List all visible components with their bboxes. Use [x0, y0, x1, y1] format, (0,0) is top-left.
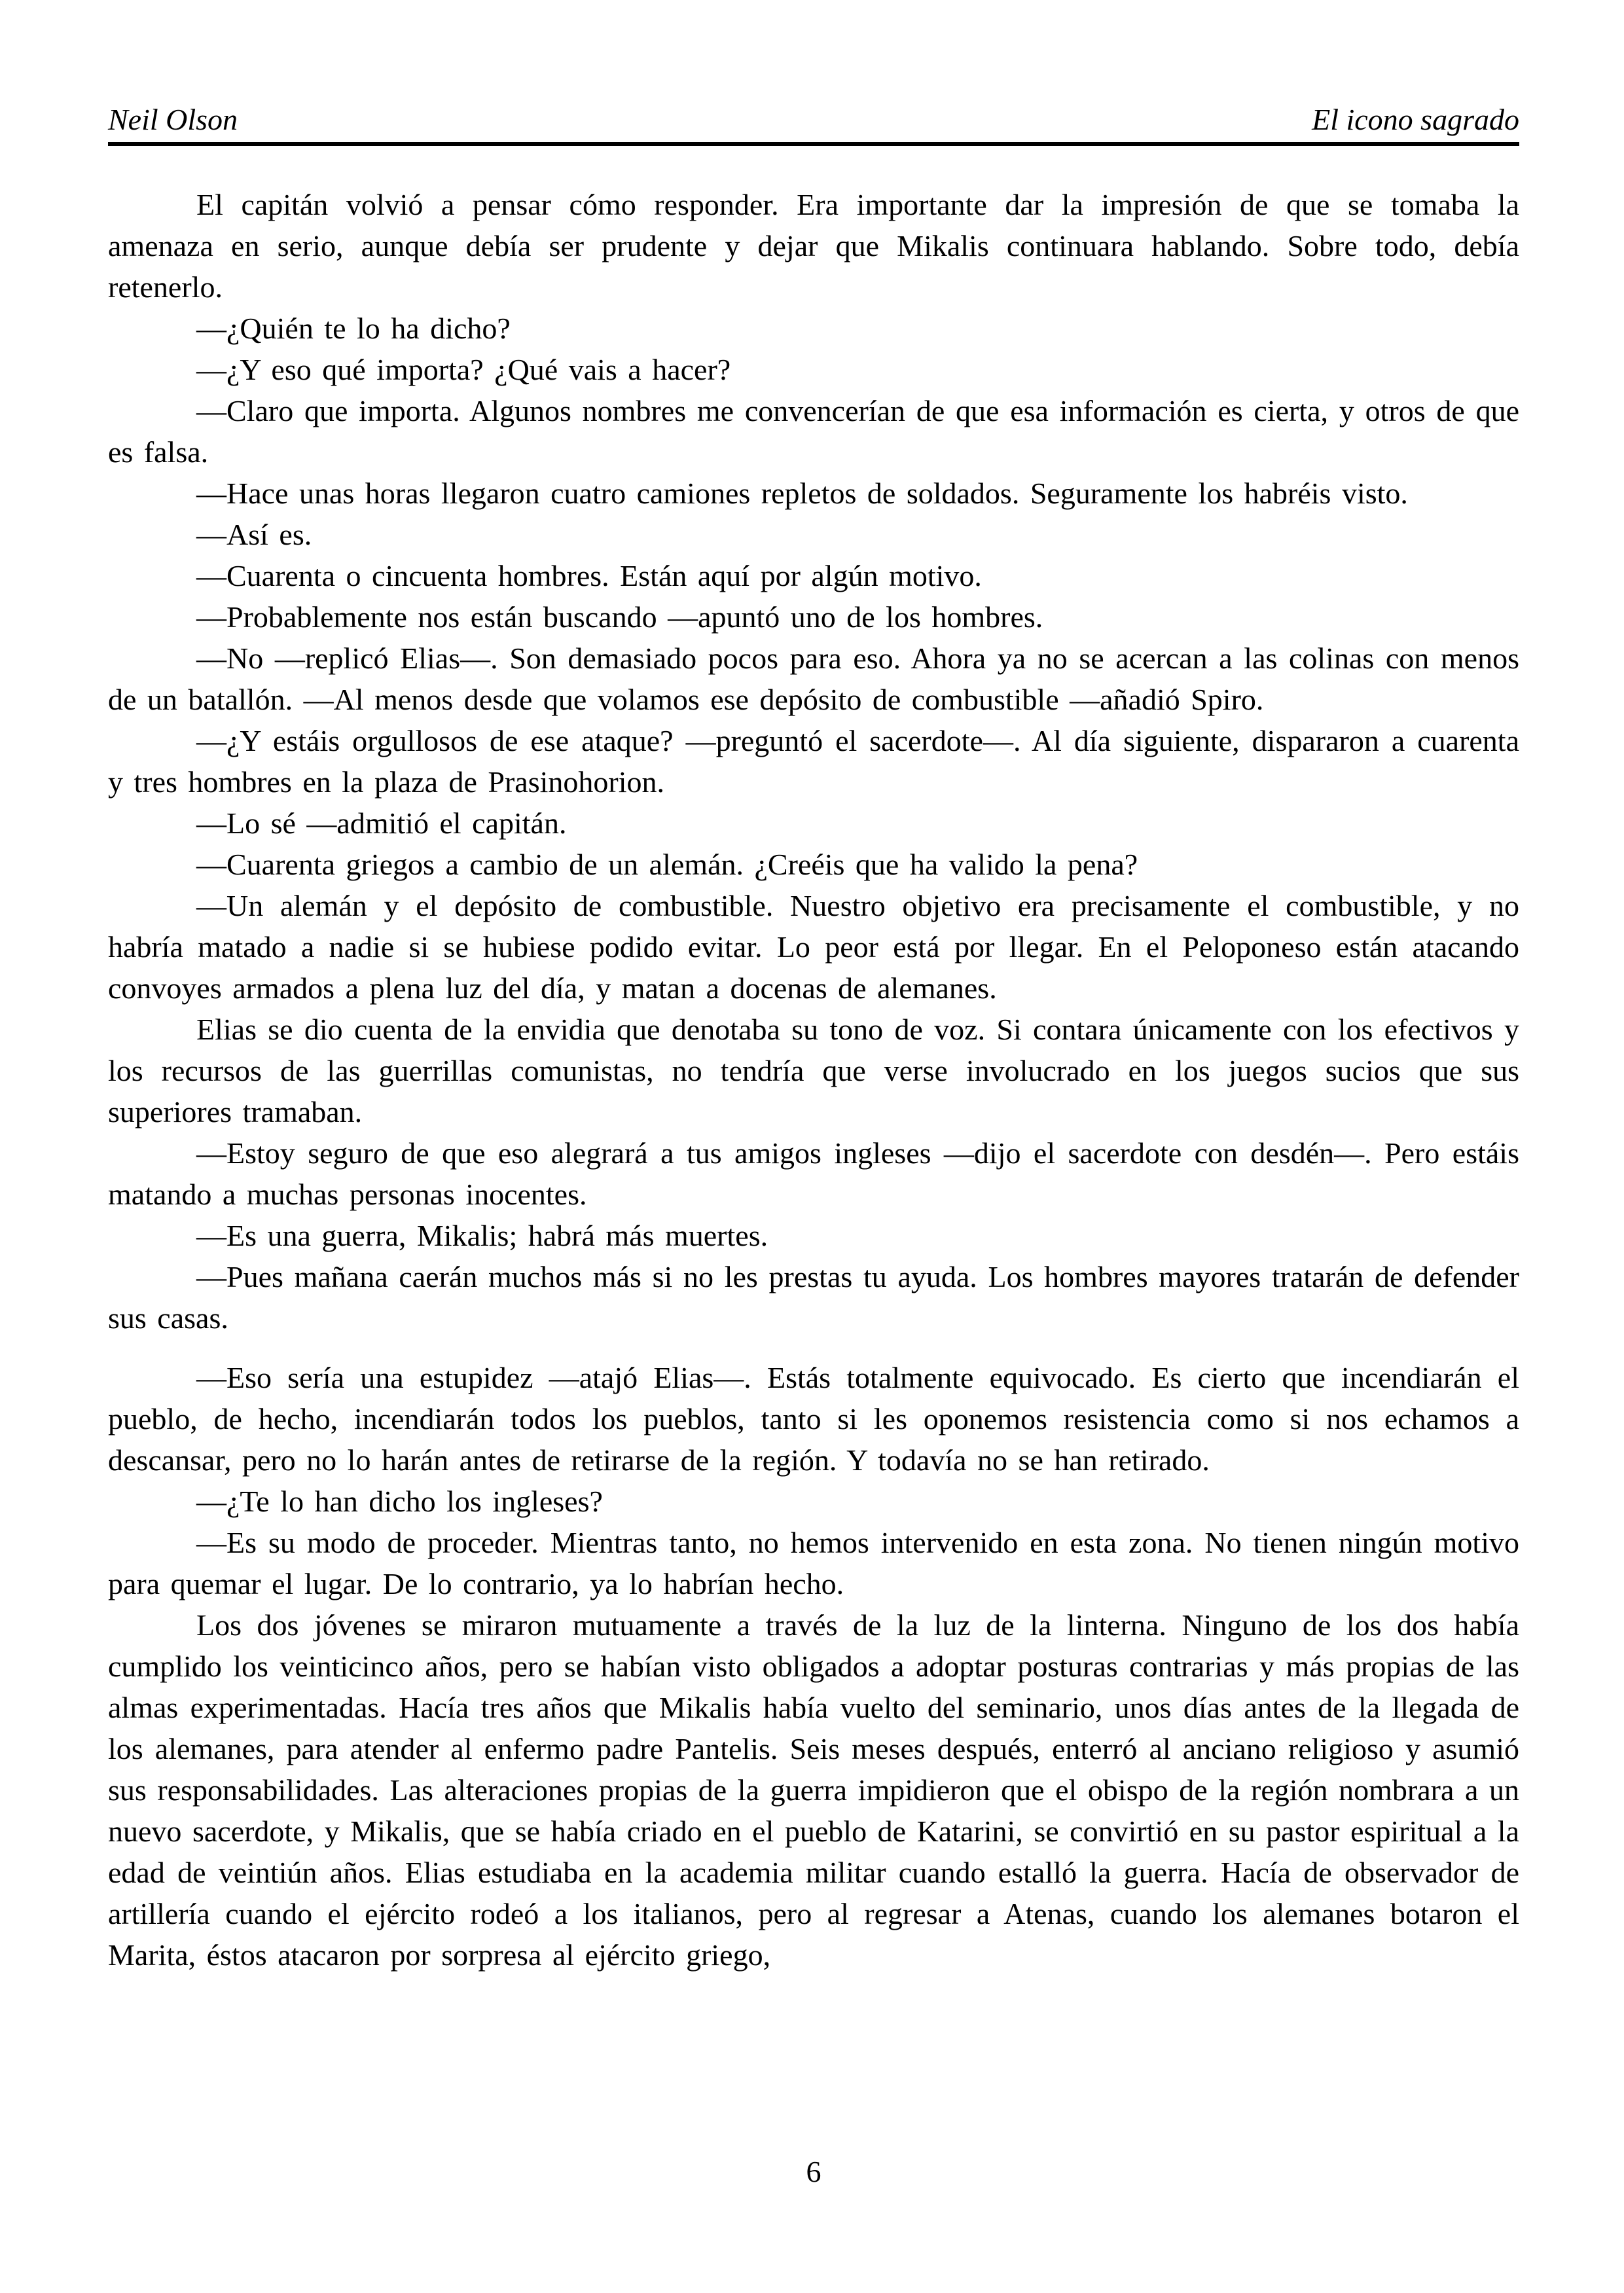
- paragraph: —Pues mañana caerán muchos más si no les…: [108, 1256, 1519, 1339]
- paragraph: Elias se dio cuenta de la envidia que de…: [108, 1009, 1519, 1132]
- paragraph: —Probablemente nos están buscando —apunt…: [108, 596, 1519, 638]
- body-text: El capitán volvió a pensar cómo responde…: [108, 184, 1519, 1976]
- paragraph: —¿Te lo han dicho los ingleses?: [108, 1481, 1519, 1522]
- paragraph: —Lo sé —admitió el capitán.: [108, 803, 1519, 844]
- paragraph: —Hace unas horas llegaron cuatro camione…: [108, 473, 1519, 514]
- paragraph: —Cuarenta o cincuenta hombres. Están aqu…: [108, 555, 1519, 596]
- paragraph: —Es su modo de proceder. Mientras tanto,…: [108, 1522, 1519, 1604]
- paragraph: —¿Quién te lo ha dicho?: [108, 308, 1519, 349]
- paragraph: El capitán volvió a pensar cómo responde…: [108, 184, 1519, 308]
- book-page: Neil Olson El icono sagrado El capitán v…: [0, 0, 1624, 2293]
- paragraph: —No —replicó Elias—. Son demasiado pocos…: [108, 638, 1519, 720]
- paragraph: —Un alemán y el depósito de combustible.…: [108, 885, 1519, 1009]
- paragraph: —Estoy seguro de que eso alegrará a tus …: [108, 1132, 1519, 1215]
- header-title: El icono sagrado: [1312, 103, 1519, 137]
- paragraph: —¿Y estáis orgullosos de ese ataque? —pr…: [108, 720, 1519, 803]
- paragraph: —Eso sería una estupidez —atajó Elias—. …: [108, 1357, 1519, 1481]
- paragraph: —¿Y eso qué importa? ¿Qué vais a hacer?: [108, 349, 1519, 390]
- running-header: Neil Olson El icono sagrado: [108, 103, 1519, 146]
- paragraph: Los dos jóvenes se miraron mutuamente a …: [108, 1604, 1519, 1976]
- paragraph: —Así es.: [108, 514, 1519, 555]
- paragraph: —Claro que importa. Algunos nombres me c…: [108, 390, 1519, 473]
- page-number: 6: [108, 2157, 1519, 2187]
- header-author: Neil Olson: [108, 103, 238, 137]
- paragraph: —Es una guerra, Mikalis; habrá más muert…: [108, 1215, 1519, 1256]
- paragraph: —Cuarenta griegos a cambio de un alemán.…: [108, 844, 1519, 885]
